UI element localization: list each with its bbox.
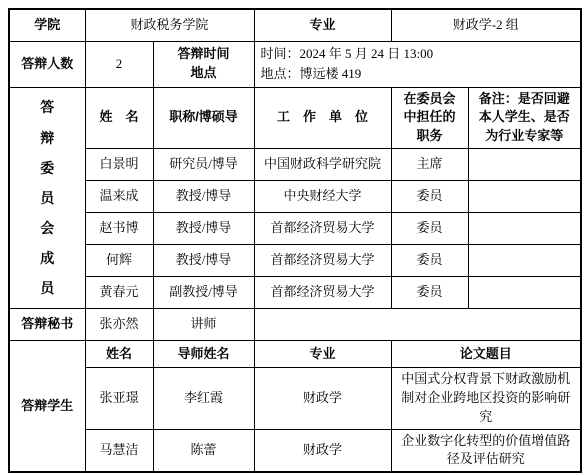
member-role: 委员 [391,181,468,213]
defense-form-table: 学院 财政税务学院 专业 财政学-2 组 答辩人数 2 答辩时间 地点 时间：2… [8,8,582,473]
member-title: 教授/博导 [153,213,254,245]
student-section-label: 答辩学生 [9,341,85,473]
member-note [468,181,581,213]
time-place-label-line2: 地点 [160,64,248,83]
student-thesis-title: 中国式分权背景下财政激励机制对企业跨地区投资的影响研究 [391,368,581,430]
school-label: 学院 [9,9,85,41]
student-col-name: 姓名 [85,341,153,368]
student-col-advisor: 导师姓名 [153,341,254,368]
secretary-title: 讲师 [153,309,254,341]
member-role: 委员 [391,213,468,245]
member-name: 何辉 [85,245,153,277]
student-major: 财政学 [254,429,391,472]
time-value-line: 时间：2024 年 5 月 24 日 13:00 [261,44,575,64]
student-col-major: 专业 [254,341,391,368]
member-note [468,277,581,309]
member-title: 副教授/博导 [153,277,254,309]
committee-col-role: 在委员会中担任的职务 [391,87,468,149]
committee-col-note: 备注：是否回避本人学生、是否为行业专家等 [468,87,581,149]
secretary-empty-cell [254,309,581,341]
student-row: 张亚璟 李红霞 财政学 中国式分权背景下财政激励机制对企业跨地区投资的影响研究 [9,368,581,430]
member-role: 委员 [391,277,468,309]
major-value: 财政学-2 组 [391,9,581,41]
committee-col-name: 姓 名 [85,87,153,149]
secretary-name: 张亦然 [85,309,153,341]
student-header-row: 答辩学生 姓名 导师姓名 专业 论文题目 [9,341,581,368]
committee-col-workplace: 工 作 单 位 [254,87,391,149]
member-title: 教授/博导 [153,181,254,213]
student-thesis-title: 企业数字化转型的价值增值路径及评估研究 [391,429,581,472]
student-name: 马慧洁 [85,429,153,472]
committee-member-row: 黄春元 副教授/博导 首都经济贸易大学 委员 [9,277,581,309]
secretary-label: 答辩秘书 [9,309,85,341]
member-note [468,245,581,277]
student-col-thesis: 论文题目 [391,341,581,368]
member-role: 主席 [391,149,468,181]
member-title: 教授/博导 [153,245,254,277]
school-value: 财政税务学院 [85,9,254,41]
defense-count-label: 答辩人数 [9,41,85,87]
member-note [468,213,581,245]
member-name: 黄春元 [85,277,153,309]
committee-member-row: 赵书博 教授/博导 首都经济贸易大学 委员 [9,213,581,245]
member-title: 研究员/博导 [153,149,254,181]
student-advisor: 李红霞 [153,368,254,430]
defense-form-sheet: 学院 财政税务学院 专业 财政学-2 组 答辩人数 2 答辩时间 地点 时间：2… [0,0,587,475]
info-row-count-time: 答辩人数 2 答辩时间 地点 时间：2024 年 5 月 24 日 13:00 … [9,41,581,87]
committee-header-row: 答辩委员会成员 姓 名 职称/博硕导 工 作 单 位 在委员会中担任的职务 备注… [9,87,581,149]
committee-member-row: 白景明 研究员/博导 中国财政科学研究院 主席 [9,149,581,181]
member-workplace: 首都经济贸易大学 [254,277,391,309]
committee-section-label-text: 答辩委员会成员 [40,92,54,303]
defense-count-value: 2 [85,41,153,87]
time-place-label: 答辩时间 地点 [153,41,254,87]
major-label: 专业 [254,9,391,41]
member-workplace: 首都经济贸易大学 [254,213,391,245]
member-name: 白景明 [85,149,153,181]
committee-member-row: 何辉 教授/博导 首都经济贸易大学 委员 [9,245,581,277]
time-place-label-line1: 答辩时间 [160,45,248,64]
committee-member-row: 温来成 教授/博导 中央财经大学 委员 [9,181,581,213]
member-note [468,149,581,181]
time-place-value: 时间：2024 年 5 月 24 日 13:00 地点：博远楼 419 [254,41,581,87]
info-row-school-major: 学院 财政税务学院 专业 财政学-2 组 [9,9,581,41]
committee-section-label: 答辩委员会成员 [9,87,85,309]
student-name: 张亚璟 [85,368,153,430]
member-workplace: 首都经济贸易大学 [254,245,391,277]
member-workplace: 中央财经大学 [254,181,391,213]
committee-col-title: 职称/博硕导 [153,87,254,149]
student-advisor: 陈蕾 [153,429,254,472]
place-value-line: 地点：博远楼 419 [261,64,575,84]
member-workplace: 中国财政科学研究院 [254,149,391,181]
member-role: 委员 [391,245,468,277]
member-name: 温来成 [85,181,153,213]
student-row: 马慧洁 陈蕾 财政学 企业数字化转型的价值增值路径及评估研究 [9,429,581,472]
student-major: 财政学 [254,368,391,430]
member-name: 赵书博 [85,213,153,245]
secretary-row: 答辩秘书 张亦然 讲师 [9,309,581,341]
